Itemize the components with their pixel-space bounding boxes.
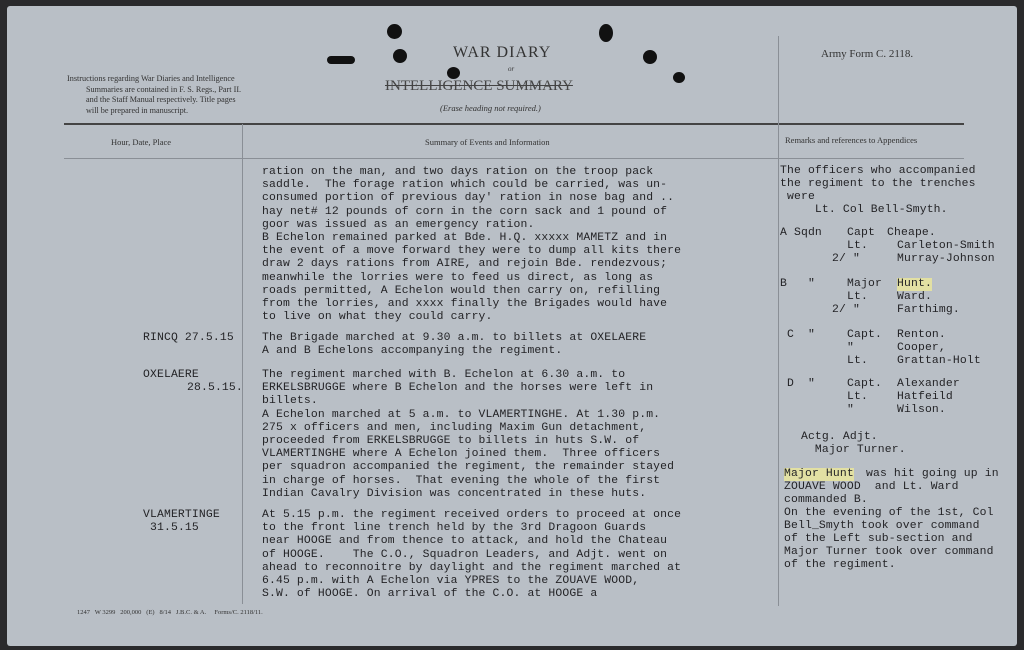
footer-imprint: 1247 W 3299 200,000 (E) 8/14 J.B.C. & A.… (77, 609, 263, 616)
column-divider (242, 124, 243, 604)
entry-text: At 5.15 p.m. the regiment received order… (262, 509, 681, 601)
acting-adjutant-label: Actg. Adjt. (780, 431, 878, 444)
erase-note: (Erase heading not required.) (440, 103, 541, 113)
punch-hole (393, 49, 407, 63)
instructions-line: Summaries are contained in F. S. Regs., … (67, 85, 241, 96)
remarks-note-line: Major Turner took over command (784, 546, 994, 559)
remarks-note-line: was hit going up in (859, 468, 999, 481)
officer-name: Murray-Johnson (897, 253, 995, 266)
entry-place: RINCQ 27.5.15 (143, 332, 234, 345)
ink-smudge (327, 56, 355, 64)
officer-name: Alexander (897, 378, 960, 391)
officer-rank: Capt (847, 227, 875, 240)
column-header-rule (64, 158, 964, 159)
remarks-note-line: Bell_Smyth took over command (784, 520, 980, 533)
entry-text: The Brigade marched at 9.30 a.m. to bill… (262, 332, 646, 358)
officer-name: Hatfeild (897, 391, 953, 404)
remarks-note-line: commanded B. (784, 494, 868, 507)
punch-hole (673, 72, 685, 83)
column-header-summary: Summary of Events and Information (425, 137, 550, 147)
officer-rank: " (847, 342, 854, 355)
officer-rank: Lt. (847, 391, 868, 404)
officer-name: Hunt. (897, 278, 932, 291)
officer-name: Renton. (897, 329, 946, 342)
remarks-note-line: On the evening of the 1st, Col (784, 507, 994, 520)
officer-name: Cheape. (887, 227, 936, 240)
officer-rank: " (847, 404, 854, 417)
officer-name: Wilson. (897, 404, 946, 417)
header-rule (64, 123, 964, 125)
squadron-label: A Sqdn (780, 227, 822, 240)
officer-rank: Lt. (847, 291, 868, 304)
remarks-note-line: ZOUAVE WOOD and Lt. Ward (784, 481, 959, 494)
officer-name: Cooper, (897, 342, 946, 355)
remarks-intro-line: The officers who accompanied (780, 165, 976, 178)
highlighted-name: Major Hunt (784, 468, 854, 481)
column-header-hour-date-place: Hour, Date, Place (111, 137, 171, 147)
officer-rank: Lt. (847, 240, 868, 253)
officer-name: Ward. (897, 291, 932, 304)
officer-name: Carleton-Smith (897, 240, 995, 253)
officer-rank: Major (847, 278, 882, 291)
remarks-note-line: of the regiment. (784, 559, 896, 572)
instructions-line: will be prepared in manuscript. (67, 106, 241, 117)
officer-rank: 2/ " (832, 304, 860, 317)
officer-rank: Capt. (847, 329, 882, 342)
remarks-note-line: of the Left sub-section and (784, 533, 973, 546)
punch-hole (599, 24, 613, 42)
entry-text: The regiment marched with B. Echelon at … (262, 369, 674, 501)
entry-place: OXELAERE (143, 369, 199, 382)
punch-hole (643, 50, 657, 64)
entry-date: 28.5.15. (187, 382, 243, 395)
remarks-intro-line: the regiment to the trenches (780, 178, 976, 191)
entry-place: VLAMERTINGE (143, 509, 220, 522)
instructions: Instructions regarding War Diaries and I… (67, 74, 241, 116)
subtitle-struck: INTELLIGENCE SUMMARY (385, 78, 573, 95)
squadron-label: B " (780, 278, 815, 291)
remarks-intro-line: were (780, 191, 815, 204)
officer-name: Farthimg. (897, 304, 960, 317)
instructions-line: and the Staff Manual respectively. Title… (67, 95, 241, 106)
squadron-label: D " (780, 378, 815, 391)
entry-date: 31.5.15 (150, 522, 199, 535)
acting-adjutant-name: Major Turner. (780, 444, 906, 457)
entry-text: ration on the man, and two days ration o… (262, 166, 681, 324)
column-header-remarks: Remarks and references to Appendices (785, 135, 917, 145)
officer-name: Grattan-Holt (897, 355, 981, 368)
remarks-co: Lt. Col Bell-Smyth. (780, 204, 948, 217)
officer-rank: 2/ " (832, 253, 860, 266)
instructions-line: Instructions regarding War Diaries and I… (67, 74, 241, 85)
officer-rank: Capt. (847, 378, 882, 391)
officer-rank: Lt. (847, 355, 868, 368)
or-word: or (508, 65, 514, 73)
page-title: WAR DIARY (453, 44, 551, 62)
squadron-label: C " (780, 329, 815, 342)
column-divider (778, 36, 779, 606)
punch-hole (387, 24, 402, 39)
army-form: Army Form C. 2118. (821, 48, 913, 60)
war-diary-page: Instructions regarding War Diaries and I… (7, 6, 1017, 646)
